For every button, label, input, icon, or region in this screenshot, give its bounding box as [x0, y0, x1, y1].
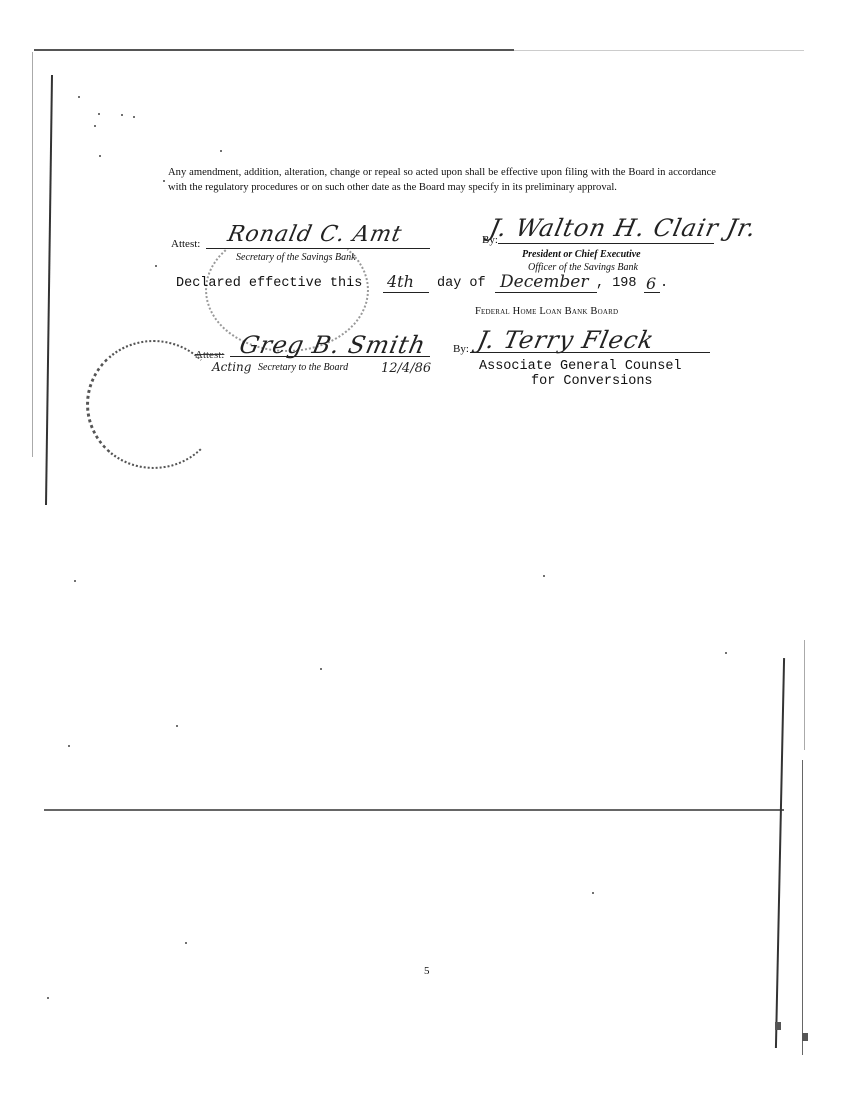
scan-speck — [176, 725, 178, 727]
declared-effective-prefix: Declared effective this — [176, 276, 362, 291]
amendment-paragraph: Any amendment, addition, alteration, cha… — [168, 165, 716, 195]
attest-signature-savings-bank: Ronald C. Amt — [225, 222, 404, 247]
scan-bottom-rule — [44, 809, 784, 811]
by-signature-board: J. Terry Fleck — [475, 326, 657, 354]
scan-speck — [78, 96, 80, 98]
by-caption-line1-savings-bank: President or Chief Executive — [522, 249, 641, 260]
scan-speck — [543, 575, 545, 577]
declared-day-handwritten: 4th — [387, 272, 414, 291]
scan-tab-mark — [802, 1033, 808, 1041]
scan-speck — [99, 155, 101, 157]
scan-speck — [47, 997, 49, 999]
scan-left-margin-line-faint — [32, 52, 33, 457]
scan-speck — [68, 745, 70, 747]
declared-suffix: . — [660, 276, 668, 291]
by-signature-savings-bank: J. Walton H. Clair Jr. — [487, 214, 759, 242]
scan-speck — [592, 892, 594, 894]
attest-caption-prefix-board: Acting — [212, 360, 251, 374]
scan-speck — [133, 116, 135, 118]
scan-speck — [220, 150, 222, 152]
declared-month-line — [495, 292, 597, 293]
attest-signature-line-savings-bank — [206, 248, 430, 249]
declared-day-line — [383, 292, 429, 293]
scan-speck — [94, 125, 96, 127]
scan-speck — [163, 180, 165, 182]
attest-date-board-handwritten: 12/4/86 — [381, 361, 431, 376]
scan-speck — [185, 942, 187, 944]
scan-right-margin-line — [775, 658, 785, 1048]
board-name-heading: Federal Home Loan Bank Board — [475, 306, 618, 317]
scan-right-edge-line-upper — [804, 640, 805, 750]
scan-right-edge-line-lower — [802, 760, 803, 1055]
scan-top-rule — [34, 49, 514, 51]
scan-speck — [121, 114, 123, 116]
attest-caption-board: Secretary to the Board — [258, 362, 348, 373]
by-caption-line2-board: for Conversions — [531, 374, 653, 389]
declared-year-prefix: , 198 — [596, 276, 637, 291]
scan-speck — [74, 580, 76, 582]
scan-speck — [98, 113, 100, 115]
attest-label-savings-bank: Attest: — [171, 238, 200, 250]
declared-day-of: day of — [437, 276, 486, 291]
scan-speck — [320, 668, 322, 670]
scan-top-rule-faint — [514, 50, 804, 51]
by-signature-line-savings-bank — [498, 243, 714, 244]
attest-signature-board: Greg B. Smith — [237, 331, 429, 359]
scan-speck — [725, 652, 727, 654]
declared-year-digit-handwritten: 6 — [646, 274, 656, 293]
scan-speck — [155, 265, 157, 267]
by-caption-line1-board: Associate General Counsel — [479, 359, 682, 374]
by-label-board: By: — [453, 343, 469, 355]
scan-left-margin-line — [45, 75, 53, 505]
page-number: 5 — [424, 965, 430, 977]
scan-tab-mark — [775, 1022, 781, 1030]
attest-caption-savings-bank: Secretary of the Savings Bank — [236, 252, 356, 263]
declared-month-handwritten: December — [500, 272, 588, 292]
